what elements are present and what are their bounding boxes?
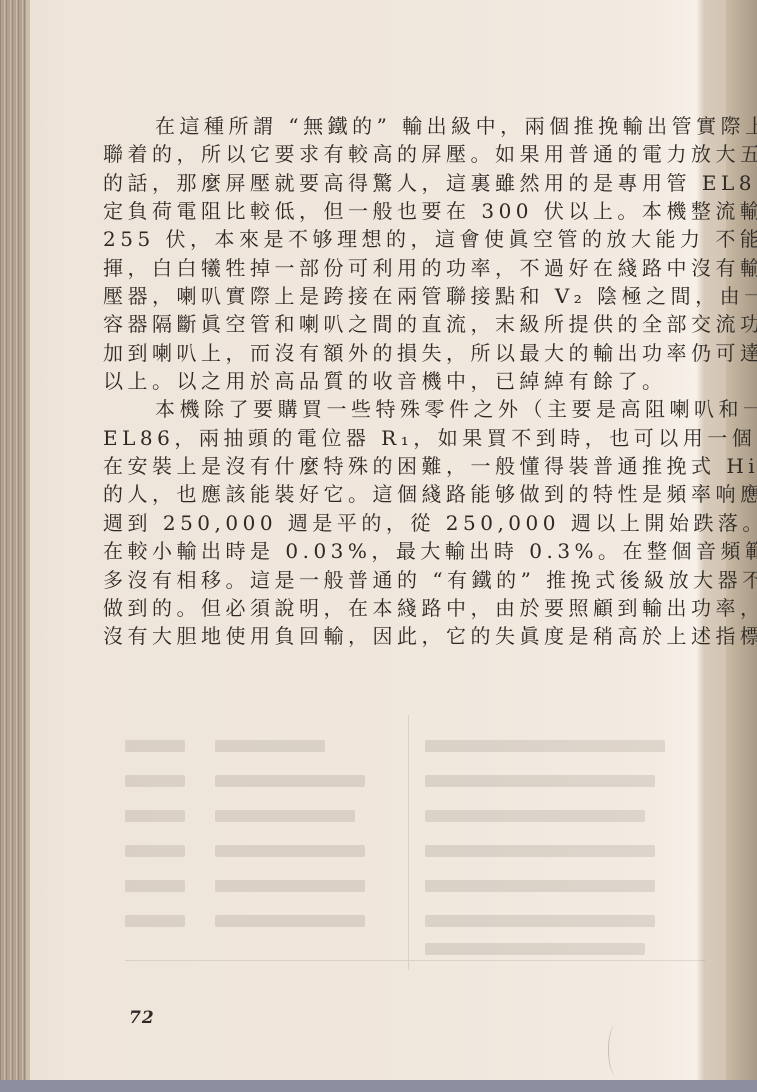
bleed-mark <box>215 740 325 752</box>
bleed-mark <box>125 810 185 822</box>
text-line: 壓器，喇叭實際上是跨接在兩管聯接點和 V₂ 陰極之間，由一個電 <box>103 282 675 310</box>
text-line: 沒有大胆地使用負回輸，因此，它的失眞度是稍高於上述指標的。 <box>103 622 675 650</box>
bleed-mark <box>125 880 185 892</box>
text-line: 本機除了要購買一些特殊零件之外（主要是高阻喇叭和一對 <box>103 395 675 423</box>
bleed-mark <box>425 810 645 822</box>
text-line: 週到 250,000 週是平的，從 250,000 週以上開始跌落。非綫性失眞 <box>103 509 675 537</box>
text-line: 定負荷電阻比較低，但一般也要在 300 伏以上。本機整流輸出只有 <box>103 197 675 225</box>
bleed-mark <box>425 775 655 787</box>
text-line: 255 伏，本來是不够理想的，這會使眞空管的放大能力 不能充分發 <box>103 225 675 253</box>
bleed-mark <box>425 845 655 857</box>
bleed-rule <box>125 960 705 961</box>
text-line: 聯着的，所以它要求有較高的屏壓。如果用普通的電力放大五極管 <box>103 140 675 168</box>
show-through-texture <box>125 715 685 955</box>
bleed-mark <box>215 915 365 927</box>
text-line: 容器隔斷眞空管和喇叭之間的直流，末級所提供的全部交流功率都 <box>103 310 675 338</box>
scan-bottom-border <box>0 1080 757 1092</box>
bleed-rule <box>408 715 409 970</box>
bleed-mark <box>125 845 185 857</box>
text-line: 多沒有相移。這是一般普通的 “有鐵的” 推挽式後級放大器不可能 <box>103 566 675 594</box>
text-line: 做到的。但必須說明，在本綫路中，由於要照顧到輸出功率，所以還 <box>103 594 675 622</box>
text-line: 在安裝上是沒有什麼特殊的困難，一般懂得裝普通推挽式 HiFi 機 <box>103 452 675 480</box>
bleed-mark <box>215 810 355 822</box>
text-line: EL86，兩抽頭的電位器 R₁，如果買不到時，也可以用一個抽頭的）， <box>103 424 675 452</box>
bleed-mark <box>425 880 655 892</box>
bleed-mark <box>215 845 365 857</box>
bleed-mark <box>215 880 365 892</box>
text-line: 的話，那麼屏壓就要高得驚人，這裏雖然用的是專用管 EL86，額 <box>103 169 675 197</box>
paragraph-2: 本機除了要購買一些特殊零件之外（主要是高阻喇叭和一對 EL86，兩抽頭的電位器 … <box>103 395 675 650</box>
text-line: 以上。以之用於高品質的收音機中，已綽綽有餘了。 <box>103 367 675 395</box>
text-line: 加到喇叭上，而沒有額外的損失，所以最大的輸出功率仍可達 5 瓦 <box>103 339 675 367</box>
page-number: 72 <box>129 1008 155 1028</box>
bleed-mark <box>125 775 185 787</box>
bleed-mark <box>425 740 665 752</box>
book-page: 在這種所謂 “無鐵的” 輸出級中，兩個推挽輸出管實際上是串 聯着的，所以它要求有… <box>0 0 757 1080</box>
bleed-mark <box>125 740 185 752</box>
bleed-mark <box>425 915 655 927</box>
page-stack-edges <box>0 0 26 1080</box>
body-text: 在這種所謂 “無鐵的” 輸出級中，兩個推挽輸出管實際上是串 聯着的，所以它要求有… <box>103 112 675 651</box>
bleed-mark <box>125 915 185 927</box>
bleed-mark <box>215 775 365 787</box>
paper-crease <box>608 1025 623 1075</box>
bleed-mark <box>425 943 645 955</box>
paragraph-1: 在這種所謂 “無鐵的” 輸出級中，兩個推挽輸出管實際上是串 聯着的，所以它要求有… <box>103 112 675 395</box>
text-line: 的人，也應該能裝好它。這個綫路能够做到的特性是頻率响應自 20 <box>103 480 675 508</box>
text-line: 在較小輸出時是 0.03%，最大輸出時 0.3%。在整個音頻範圍內差不 <box>103 537 675 565</box>
text-line: 在這種所謂 “無鐵的” 輸出級中，兩個推挽輸出管實際上是串 <box>103 112 675 140</box>
text-line: 揮，白白犧牲掉一部份可利用的功率，不過好在綫路中沒有輸出變 <box>103 254 675 282</box>
